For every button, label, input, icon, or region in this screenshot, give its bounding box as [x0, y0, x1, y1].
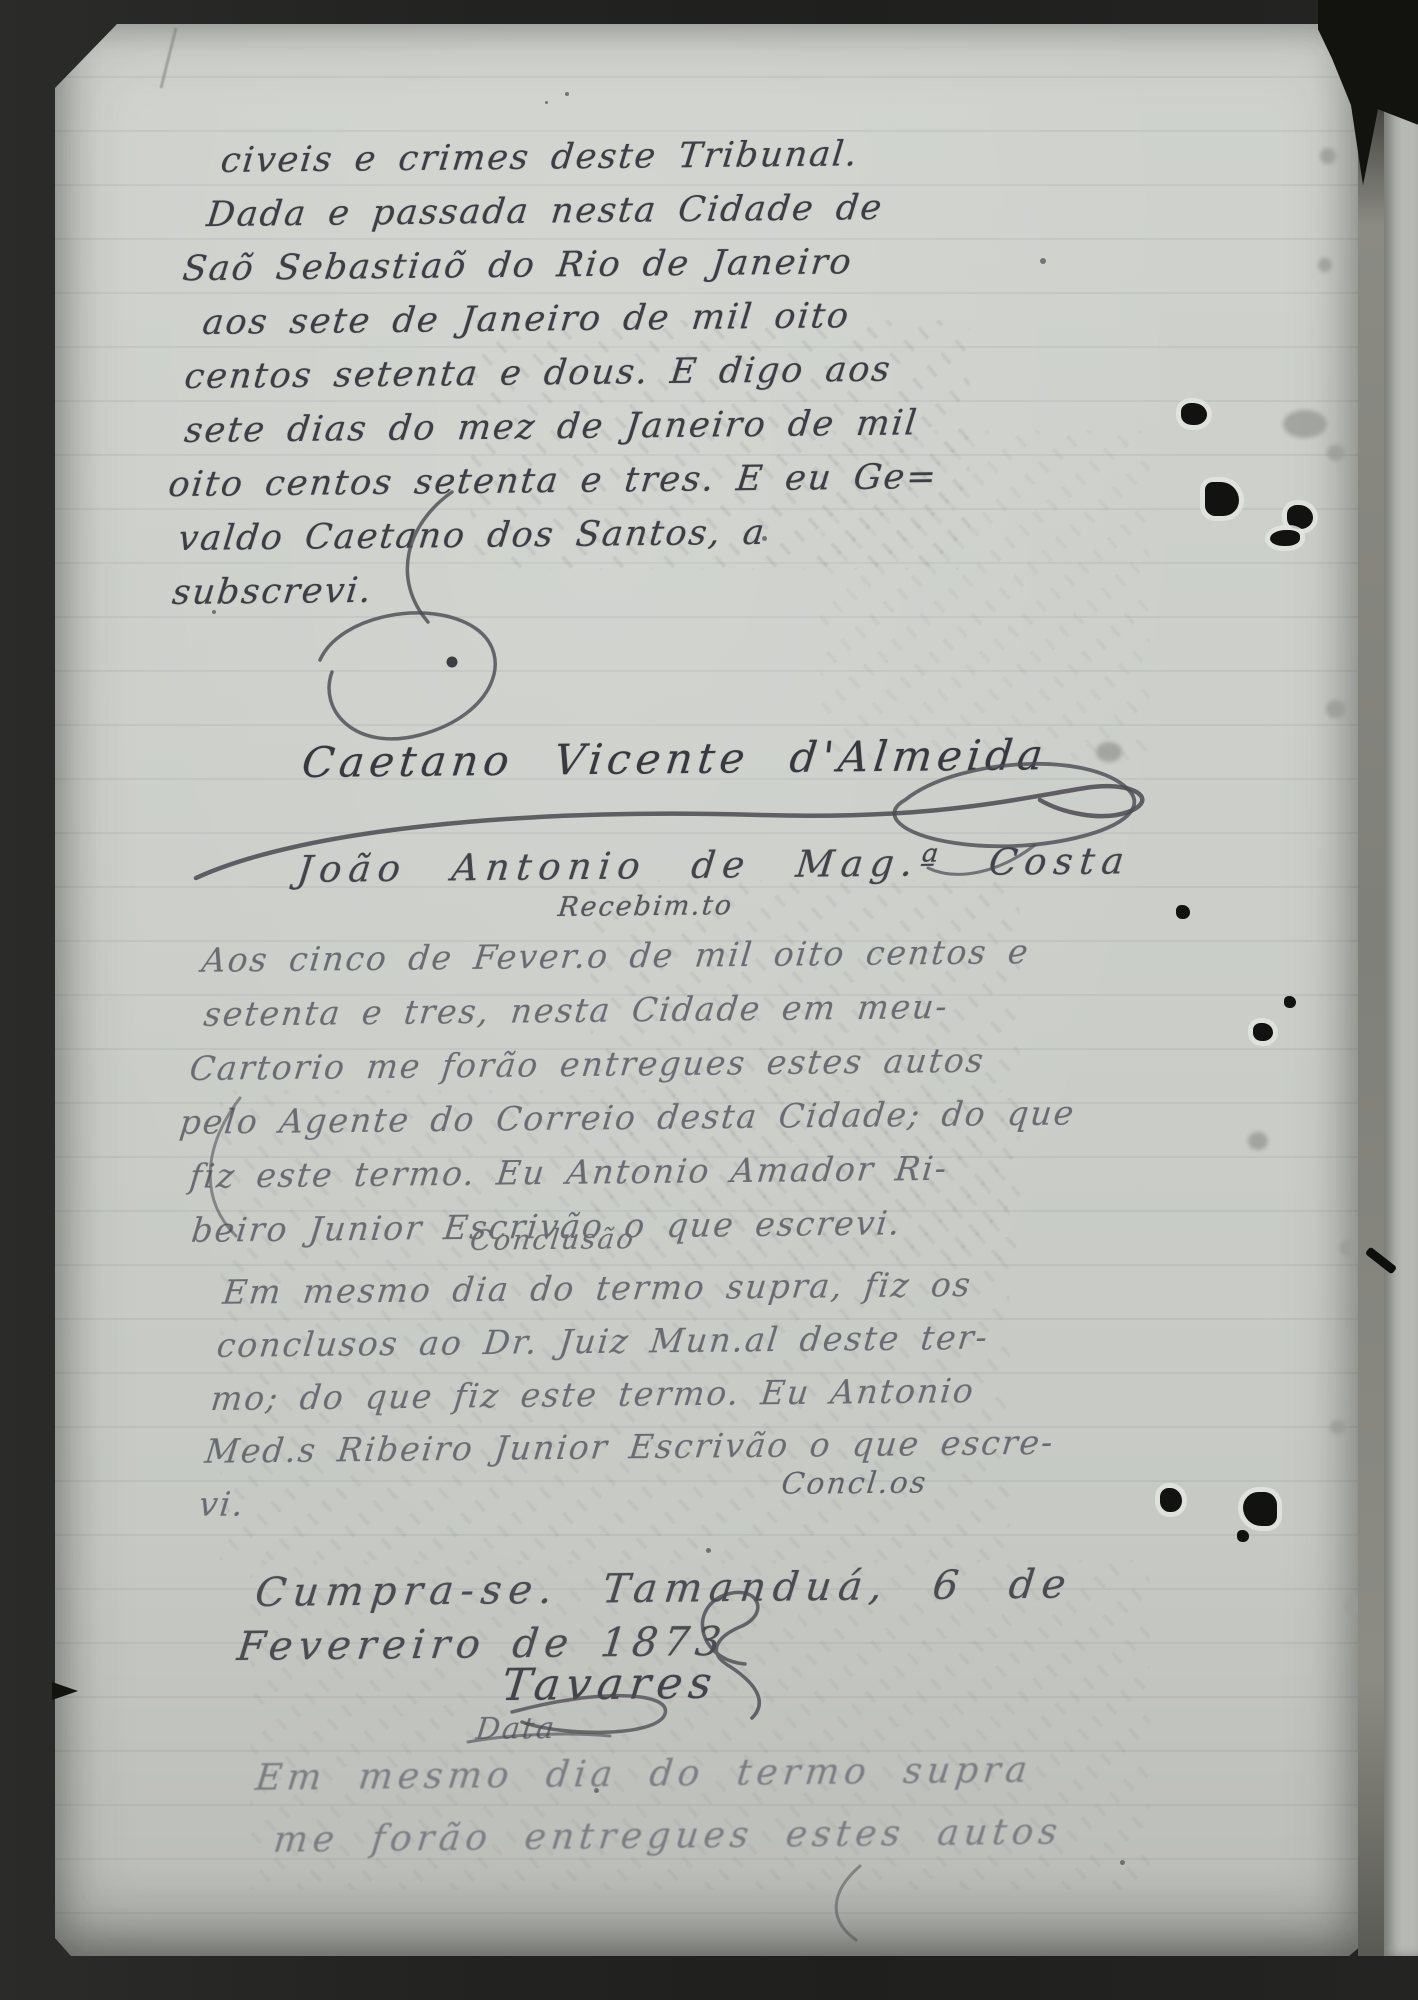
ink-spot: [1205, 482, 1239, 516]
section-heading-data: Data: [474, 1711, 558, 1747]
ink-spot: [1181, 403, 1207, 425]
handwritten-line: pelo Agente do Correio desta Cidade; do …: [177, 1087, 1079, 1150]
handwritten-line: Med.s Ribeiro Junior Escrivão o que escr…: [202, 1416, 1057, 1478]
signature-tavares: Tavares: [499, 1658, 720, 1711]
stain-blotch: [1096, 742, 1122, 762]
stain-blotch: [1283, 410, 1327, 438]
handwritten-word: vi.: [197, 1485, 247, 1524]
conclusion-rubric: Concl.os: [779, 1456, 931, 1511]
handwritten-line: Cartorio me forão entregues estes autos: [187, 1033, 1085, 1096]
dispatch-line-1: Cumpra-se. Tamanduá, 6 de: [253, 1561, 1075, 1616]
ink-spot: [1284, 996, 1296, 1008]
handwritten-line: setenta e tres, nesta Cidade em meu-: [201, 979, 1091, 1042]
stain-blotch: [1248, 1132, 1268, 1150]
ink-spot: [1243, 1492, 1277, 1526]
handwritten-line: Aos cinco de Fever.o de mil oito centos …: [199, 925, 1097, 988]
ink-spot: [1160, 1488, 1182, 1512]
handwritten-line: mo; do que fiz este termo. Eu Antonio: [208, 1363, 1063, 1425]
handwritten-line: Saõ Sebastiaõ do Rio de Janeiro: [180, 234, 965, 296]
handwritten-line: Dada e passada nesta Cidade de: [204, 180, 971, 242]
section-heading-recebimento: Recebim.to: [557, 890, 735, 923]
speck: [212, 610, 216, 614]
handwritten-line: conclusos ao Dr. Juiz Mun.al deste ter-: [214, 1310, 1069, 1372]
speck: [594, 1788, 599, 1793]
speck: [1040, 258, 1046, 264]
delivery-line-2: me forão entregues estes autos: [271, 1812, 1064, 1861]
signature-almeida: Caetano Vicente d'Almeida: [299, 730, 1050, 787]
delivery-line-1: Em mesmo dia do termo supra: [253, 1750, 1034, 1799]
ink-spot: [1176, 905, 1190, 919]
scanned-manuscript: civeis e crimes deste Tribunal. Dada e p…: [0, 0, 1418, 2000]
handwritten-line: vi. Concl.os: [196, 1469, 1051, 1531]
signature-magalhaes: João Antonio de Mag.ª Costa: [295, 839, 1133, 891]
ink-spot: [1270, 530, 1300, 546]
handwritten-line: fiz este termo. Eu Antonio Amador Ri-: [187, 1141, 1073, 1204]
speck: [565, 92, 569, 96]
stain-blotch: [1326, 700, 1346, 718]
stain-blotch: [1330, 1420, 1346, 1434]
closing-paragraph: civeis e crimes deste Tribunal. Dada e p…: [169, 126, 977, 620]
handwritten-line: oito centos setenta e tres. E eu Ge=: [166, 450, 941, 512]
stain-blotch: [1320, 148, 1336, 164]
receipt-paragraph: Aos cinco de Fever.o de mil oito centos …: [169, 925, 1097, 1258]
speck: [762, 536, 767, 541]
section-heading-conclusao: Conclusão: [468, 1222, 637, 1257]
ink-spot: [1237, 1530, 1249, 1542]
handwritten-line: sete dias do mez de Janeiro de mil: [182, 396, 947, 458]
stain-blotch: [1327, 445, 1345, 461]
handwritten-line: Em mesmo dia do termo supra, fiz os: [220, 1257, 1075, 1319]
handwritten-line: aos sete de Janeiro de mil oito: [200, 288, 959, 350]
ink-spot: [1253, 1023, 1273, 1041]
speck: [706, 1548, 711, 1553]
handwritten-line: civeis e crimes deste Tribunal.: [218, 126, 977, 188]
handwritten-line: subscrevi.: [169, 558, 928, 620]
speck: [1120, 1860, 1125, 1865]
ink-spot: [1287, 505, 1313, 529]
handwritten-line: centos setenta e dous. E digo aos: [182, 342, 953, 404]
conclusion-paragraph: Em mesmo dia do termo supra, fiz os conc…: [196, 1257, 1075, 1531]
next-page-edge: [1384, 56, 1418, 1956]
speck: [545, 101, 548, 104]
page-seam: [1358, 96, 1384, 1956]
stain-blotch: [1340, 1240, 1358, 1256]
stain-blotch: [1318, 258, 1332, 272]
handwritten-line: valdo Caetano dos Santos, a: [175, 504, 934, 566]
